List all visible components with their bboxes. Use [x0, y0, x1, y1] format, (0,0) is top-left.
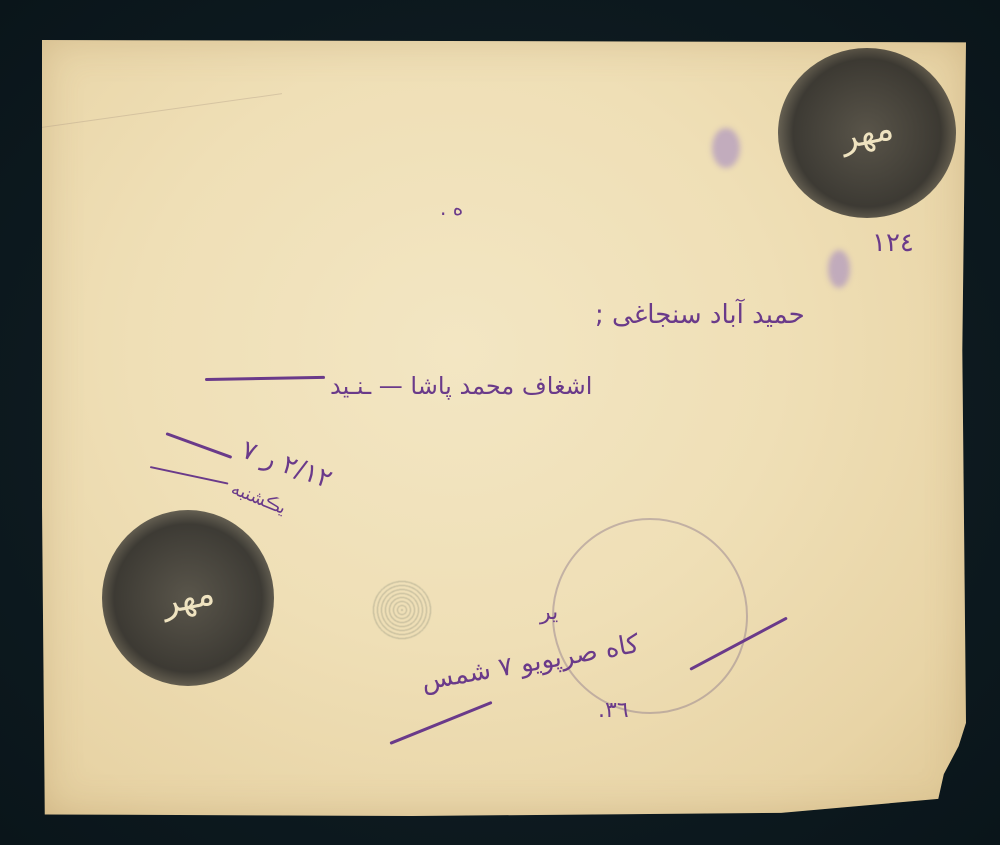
address-line-1: حميد آباد سنجاغى ;: [595, 300, 805, 330]
ink-smudge: [828, 250, 850, 288]
address-line-2: اشغاف محمد پاشا — ـنـيد: [330, 372, 592, 400]
seal-top-right: مهر: [778, 48, 956, 218]
seal-bottom-left: مهر: [102, 510, 274, 686]
number-annotation: ١٢٤: [872, 228, 914, 258]
faded-postmark: [552, 518, 748, 714]
ink-smudge: [712, 128, 740, 168]
bottom-line-1: ير: [540, 600, 558, 625]
fingerprint-smudge: [372, 580, 432, 640]
salutation: ه .: [440, 196, 463, 220]
seal-calligraphy: مهر: [762, 31, 971, 234]
seal-calligraphy: مهر: [86, 494, 291, 702]
bottom-line-3: ٣٦.: [598, 698, 629, 723]
